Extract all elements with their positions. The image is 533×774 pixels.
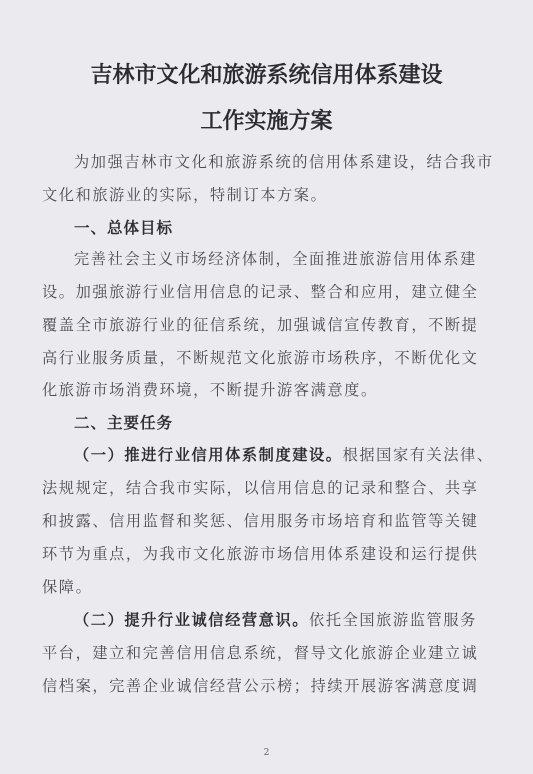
task2-first-line: （二）提升行业诚信经营意识。依托全国旅游监管服务 (74, 610, 524, 630)
section1-paragraph-line: 覆盖全市旅游行业的征信系统，加强诚信宣传教育，不断提 (42, 315, 492, 335)
task1-paragraph-line: 和披露、信用监督和奖惩、信用服务市场培育和监管等关键 (42, 511, 492, 531)
section1-paragraph-line: 设。加强旅游行业信用信息的记录、整合和应用，建立健全 (42, 282, 492, 302)
section-heading-main-tasks: 二、主要任务 (74, 413, 524, 433)
intro-paragraph-line: 为加强吉林市文化和旅游系统的信用体系建设，结合我市 (74, 152, 524, 172)
task1-bold-lead: （一）推进行业信用体系制度建设。 (74, 446, 343, 464)
document-page: 吉林市文化和旅游系统信用体系建设 工作实施方案 为加强吉林市文化和旅游系统的信用… (0, 0, 533, 774)
task1-paragraph-line: 法规规定，结合我市实际，以信用信息的记录和整合、共享 (42, 478, 492, 498)
task1-first-line-rest: 根据国家有关法律、 (343, 446, 494, 464)
task1-paragraph-line: 保障。 (42, 577, 492, 597)
task2-paragraph-line: 信档案，完善企业诚信经营公示榜；持续开展游客满意度调 (42, 676, 492, 696)
document-title-line-1: 吉林市文化和旅游系统信用体系建设 (0, 58, 533, 89)
task2-bold-lead: （二）提升行业诚信经营意识。 (74, 611, 309, 629)
section1-paragraph-line: 高行业服务质量，不断规范文化旅游市场秩序，不断优化文 (42, 348, 492, 368)
task2-first-line-rest: 依托全国旅游监管服务 (309, 611, 477, 629)
section1-paragraph-line: 完善社会主义市场经济体制，全面推进旅游信用体系建 (74, 249, 524, 269)
task2-paragraph-line: 平台，建立和完善信用信息系统，督导文化旅游企业建立诚 (42, 643, 492, 663)
document-title-line-2: 工作实施方案 (0, 104, 533, 135)
section-heading-overall-goals: 一、总体目标 (74, 218, 524, 238)
task1-first-line: （一）推进行业信用体系制度建设。根据国家有关法律、 (74, 445, 524, 465)
page-number: 2 (0, 748, 533, 758)
intro-paragraph-line: 文化和旅游业的实际，特制订本方案。 (42, 185, 492, 205)
section1-paragraph-line: 化旅游市场消费环境，不断提升游客满意度。 (42, 380, 492, 400)
task1-paragraph-line: 环节为重点，为我市文化旅游市场信用体系建设和运行提供 (42, 544, 492, 564)
